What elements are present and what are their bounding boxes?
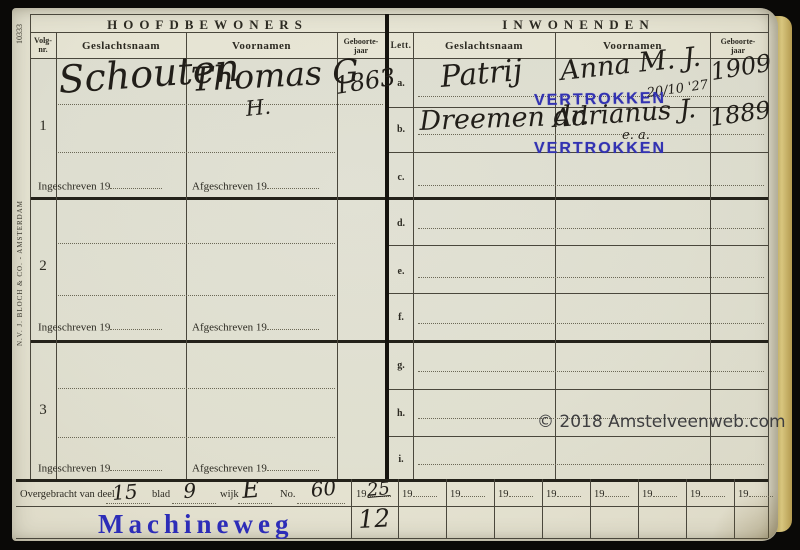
column-header-surname-right: Geslachtsnaam (413, 40, 555, 52)
year-prefix: 19 (450, 489, 461, 500)
footer-cell-rule (542, 479, 543, 538)
block-number-2: 2 (30, 258, 56, 275)
year-cell-label-4: 19 (498, 487, 533, 500)
dotted-line (418, 228, 764, 229)
row-letter-d: d. (389, 218, 413, 229)
row-letter-e: e. (389, 266, 413, 277)
row-letter-c: c. (389, 172, 413, 183)
dotted-line (172, 503, 216, 504)
footer-cell-rule (494, 479, 495, 538)
ingeschreven-text: Ingeschreven 19 (38, 180, 110, 192)
dotted-line (418, 277, 764, 278)
volgnr-line1: Volg- (34, 36, 52, 45)
handwritten-firstnames-addition: H. (244, 95, 271, 121)
column-rule (413, 32, 414, 479)
dotted-line (58, 104, 383, 105)
rule-line (30, 14, 768, 15)
year-prefix: 19 (642, 489, 653, 500)
handwritten-no-value: 60 (309, 475, 337, 502)
volgnr-line2: nr. (38, 45, 47, 54)
handwritten-house-number: 12 (357, 503, 390, 534)
printer-imprint: N.V. J. BLOCH & CO. - AMSTERDAM (16, 200, 24, 346)
birthyear-line1: Geboorte- (344, 37, 379, 46)
no-label: No. (280, 489, 295, 500)
birthyear-line1: Geboorte- (721, 37, 756, 46)
block-divider-line (30, 197, 768, 200)
dotted-line (58, 437, 335, 438)
block-divider-line (30, 340, 768, 343)
column-header-lett: Lett. (389, 40, 413, 50)
vertrokken-stamp-row-b: VERTROKKEN (534, 140, 666, 158)
year-prefix: 19 (402, 489, 413, 500)
ingeschreven-label-block2: Ingeschreven 19 (38, 320, 162, 333)
overgebracht-label: Overgebracht van deel (20, 489, 115, 500)
year-cell-label-2: 19 (402, 487, 437, 500)
row-letter-h: h. (389, 408, 413, 419)
row-rule (389, 293, 768, 294)
year-prefix: 19 (546, 489, 557, 500)
ingeschreven-label-block1: Ingeschreven 19 (38, 179, 162, 192)
dotted-line (418, 371, 764, 372)
row-letter-a: a. (389, 78, 413, 89)
footer-cell-rule (686, 479, 687, 538)
dotted-line (418, 323, 764, 324)
form-serial-number: 10333 (15, 24, 24, 44)
column-rule (186, 32, 187, 479)
handwritten-deel-value: 15 (111, 479, 138, 505)
year-prefix: 19 (690, 489, 701, 500)
hoofdbewoners-title: HOOFDBEWONERS (30, 17, 385, 33)
handwritten-wijk-value: E (241, 475, 260, 504)
handwritten-blad-value: 9 (183, 478, 197, 503)
dotted-line (418, 185, 764, 186)
column-header-volgnr: Volg- nr. (30, 36, 56, 54)
ingeschreven-label-block3: Ingeschreven 19 (38, 461, 162, 474)
afgeschreven-label-block1: Afgeschreven 19 (192, 179, 319, 192)
row-letter-g: g. (389, 360, 413, 371)
row-letter-i: i. (389, 454, 413, 465)
ingeschreven-text: Ingeschreven 19 (38, 462, 110, 474)
blad-label: blad (152, 489, 170, 500)
footer-cell-rule (398, 479, 399, 538)
afgeschreven-text: Afgeschreven 19 (192, 462, 267, 474)
year-cell-label-7: 19 (642, 487, 677, 500)
inwonenden-title: INWONENDEN (389, 17, 768, 33)
afgeschreven-label-block2: Afgeschreven 19 (192, 320, 319, 333)
dotted-line (58, 243, 335, 244)
watermark-text: © 2018 Amstelveenweb.com (537, 412, 786, 432)
street-name-stamp: Machineweg (98, 509, 293, 540)
dotted-line (58, 388, 335, 389)
column-rule (56, 32, 57, 479)
block-number-1: 1 (30, 118, 56, 135)
row-rule (389, 389, 768, 390)
year-prefix: 19 (498, 489, 509, 500)
afgeschreven-text: Afgeschreven 19 (192, 180, 267, 192)
ingeschreven-text: Ingeschreven 19 (38, 321, 110, 333)
row-rule (389, 245, 768, 246)
handwritten-surname-row-a: Patrij (439, 53, 524, 95)
wijk-label: wijk (220, 489, 239, 500)
handwritten-year-value: 25 (366, 478, 391, 501)
year-cell-label-3: 19 (450, 487, 485, 500)
row-letter-f: f. (389, 312, 413, 323)
afgeschreven-text: Afgeschreven 19 (192, 321, 267, 333)
dotted-line (58, 295, 335, 296)
dotted-line (297, 503, 345, 504)
footer-cell-rule (351, 479, 352, 538)
year-prefix: 19 (594, 489, 605, 500)
page-corner-shadow (700, 480, 778, 540)
table-right-edge (768, 14, 769, 538)
block-number-3: 3 (30, 402, 56, 419)
row-rule (389, 436, 768, 437)
footer-cell-rule (590, 479, 591, 538)
register-card-scan: 10333 N.V. J. BLOCH & CO. - AMSTERDAM HO… (0, 0, 800, 550)
footer-cell-rule (446, 479, 447, 538)
year-prefix: 19 (356, 489, 367, 500)
dotted-line (58, 152, 335, 153)
footer-cell-rule (638, 479, 639, 538)
year-cell-label-6: 19 (594, 487, 629, 500)
year-cell-label-5: 19 (546, 487, 581, 500)
rule-line (16, 506, 768, 507)
dotted-line (418, 464, 764, 465)
row-letter-b: b. (389, 124, 413, 135)
afgeschreven-label-block3: Afgeschreven 19 (192, 461, 319, 474)
